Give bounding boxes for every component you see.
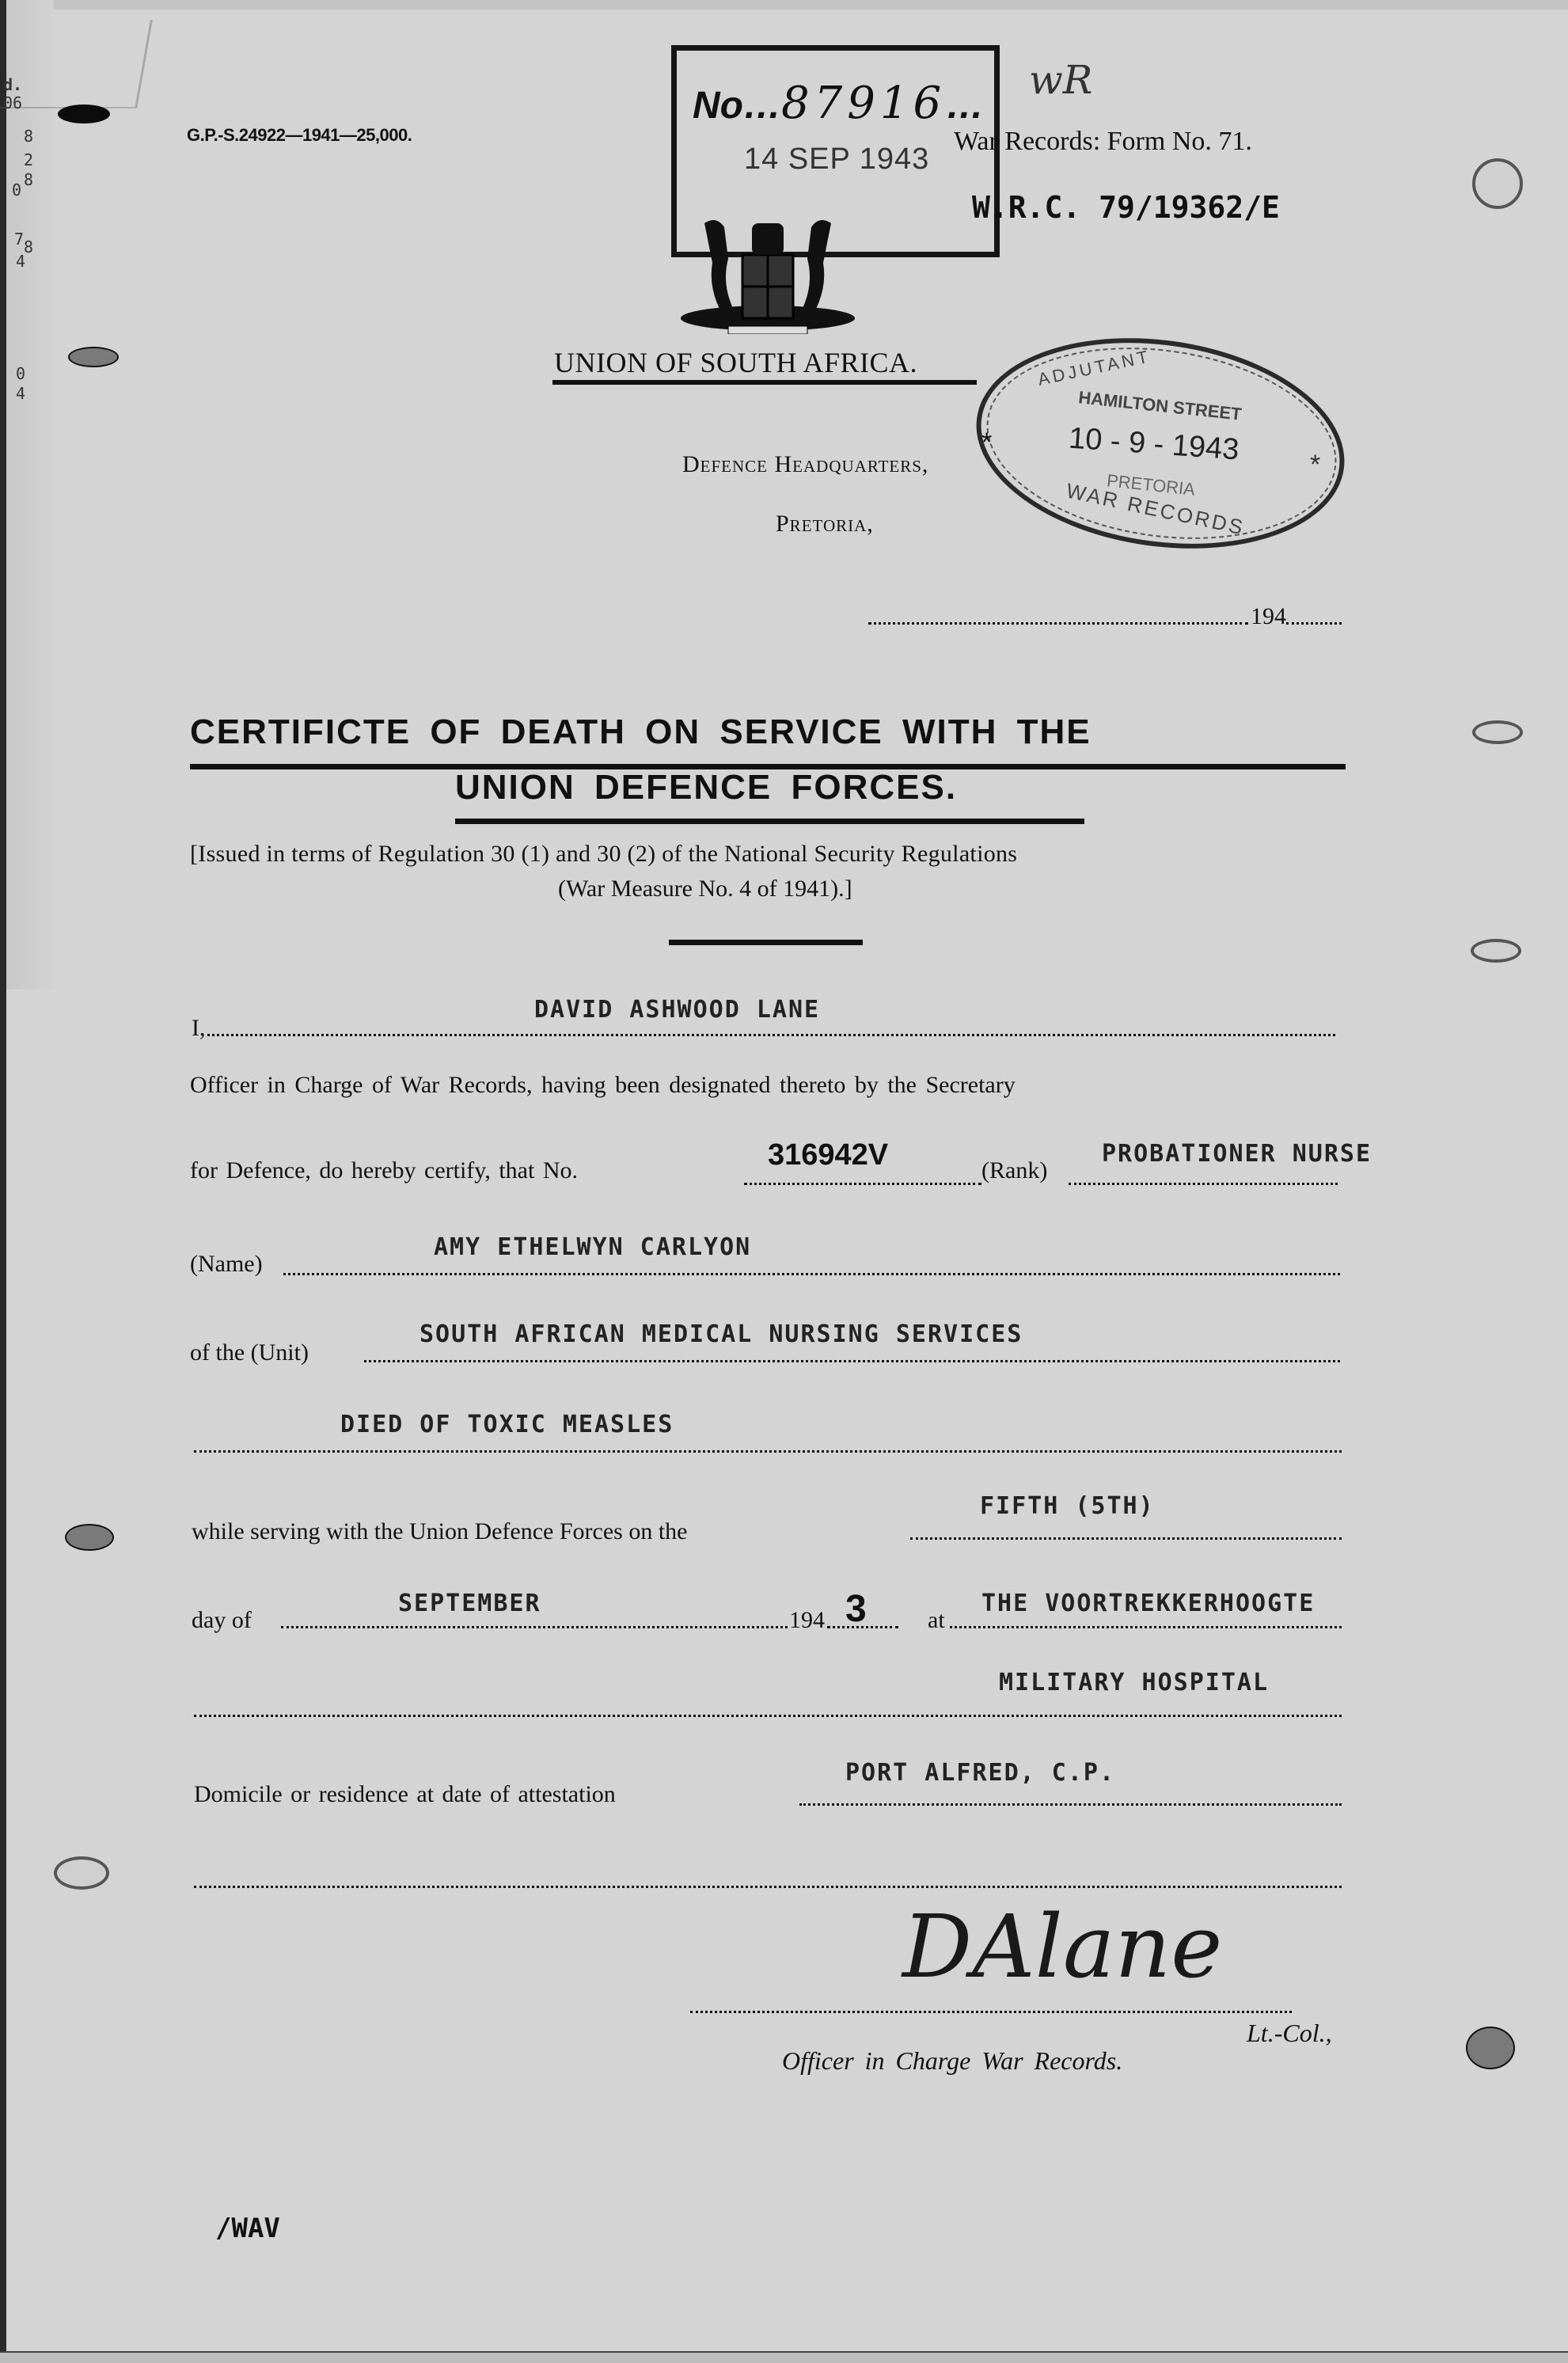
domicile-label: Domicile or residence at date of attesta… [194,1781,616,1808]
cause-line [194,1450,1342,1453]
office-city: Pretoria, [776,511,874,538]
scan-edge-left [0,0,6,2363]
day-value: FIFTH (5TH) [980,1492,1155,1520]
document-page: d. 06 8 2 8 0 7 8 4 0 4 G.P.-S.24922—194… [0,0,1568,2363]
name-label: (Name) [190,1251,263,1278]
certificate-title-line1: CERTIFICTE OF DEATH ON SERVICE WITH THE [190,712,1092,752]
punch-hole [54,1856,109,1890]
margin-mark: 4 [16,252,25,271]
officer-prefix: I, [192,1015,206,1042]
service-number-value: 316942V [768,1138,888,1172]
margin-mark: 2 [24,150,33,169]
margin-mark: 4 [16,384,25,403]
margin-mark: 0 [16,364,25,383]
year-prefix: 194 [789,1607,825,1634]
coat-of-arms-icon [673,207,863,334]
officer-signature: DAlane [902,1896,1222,1997]
title-underline [455,819,1084,824]
country-heading: UNION OF SOUTH AFRICA. [554,346,917,379]
date-field-line [1286,622,1342,625]
punch-hole [1471,939,1521,963]
unit-line [364,1360,1340,1362]
place-line [950,1626,1342,1628]
date-field-line [868,622,1248,625]
month-line [281,1626,788,1628]
punch-hole [1472,720,1523,744]
registry-number-label: No [693,85,743,127]
serving-text: while serving with the Union Defence For… [192,1518,688,1545]
heading-underline [552,380,977,385]
section-divider [669,940,863,945]
torn-paper-margin [6,0,54,990]
officer-name-value: DAVID ASHWOOD LANE [534,996,820,1024]
registry-number: No…87916… [693,78,984,129]
punch-hole [65,1524,114,1551]
name-line [283,1273,1340,1275]
punch-hole [68,347,119,367]
signatory-title: Officer in Charge War Records. [782,2046,1122,2076]
star-icon: * [981,427,992,458]
rank-label: (Rank) [981,1157,1047,1184]
file-reference: W.R.C. 79/19362/E [972,190,1280,225]
certificate-title-line2: UNION DEFENCE FORCES. [455,768,957,807]
typist-reference: /WAV [215,2213,280,2244]
unit-value: SOUTH AFRICAN MEDICAL NURSING SERVICES [420,1320,1023,1348]
domicile-line-2 [194,1886,1342,1888]
registry-number-dots: … [946,85,984,127]
registry-date: 14 SEP 1943 [744,142,929,177]
name-value: AMY ETHELWYN CARLYON [434,1233,751,1261]
day-of-label: day of [192,1607,252,1634]
scan-edge-bottom [0,2351,1568,2363]
handwritten-initials: wR [1029,57,1092,103]
margin-mark: 0 [12,180,21,199]
regulation-note-line1: [Issued in terms of Regulation 30 (1) an… [190,841,1017,868]
rank-line [1069,1183,1338,1185]
margin-mark: 8 [24,170,33,189]
year-suffix-value: 3 [845,1587,867,1631]
margin-mark: 7 [14,230,24,249]
signature-line [690,2011,1292,2013]
regulation-note-line2: (War Measure No. 4 of 1941).] [558,876,852,902]
registry-number-value: 87916 [781,78,946,129]
punch-hole [1466,2027,1515,2069]
margin-mark: 8 [24,127,33,146]
star-icon: * [1310,450,1320,481]
scan-edge-top [0,0,1568,9]
place-value-line1: THE VOORTREKKERHOOGTE [981,1590,1315,1617]
rank-value: PROBATIONER NURSE [1102,1140,1372,1168]
torn-corner [0,20,153,108]
place-value-line2: MILITARY HOSPITAL [999,1669,1269,1696]
punch-hole [58,104,110,123]
year-line [827,1626,898,1628]
domicile-value: PORT ALFRED, C.P. [845,1759,1115,1787]
signatory-rank: Lt.-Col., [1247,2019,1332,2048]
form-number: War Records: Form No. 71. [954,127,1252,157]
officer-name-line [207,1034,1335,1036]
domicile-line [799,1803,1342,1806]
margin-mark: 06 [3,93,22,112]
month-value: SEPTEMBER [398,1590,541,1617]
unit-label: of the (Unit) [190,1339,309,1366]
registry-number-dots: … [743,85,781,127]
print-code: G.P.-S.24922—1941—25,000. [187,125,412,146]
certify-text: for Defence, do hereby certify, that No. [190,1157,578,1184]
office-address: Defence Headquarters, [682,451,928,478]
date-year-prefix: 194 [1251,603,1286,630]
place-line-2 [194,1715,1342,1717]
officer-designation-text: Officer in Charge of War Records, having… [190,1072,1016,1099]
service-number-line [744,1183,981,1185]
punch-hole [1472,158,1523,209]
day-line [910,1537,1342,1540]
at-label: at [928,1607,945,1634]
margin-mark: d. [3,75,22,94]
cause-of-death-value: DIED OF TOXIC MEASLES [340,1411,674,1438]
